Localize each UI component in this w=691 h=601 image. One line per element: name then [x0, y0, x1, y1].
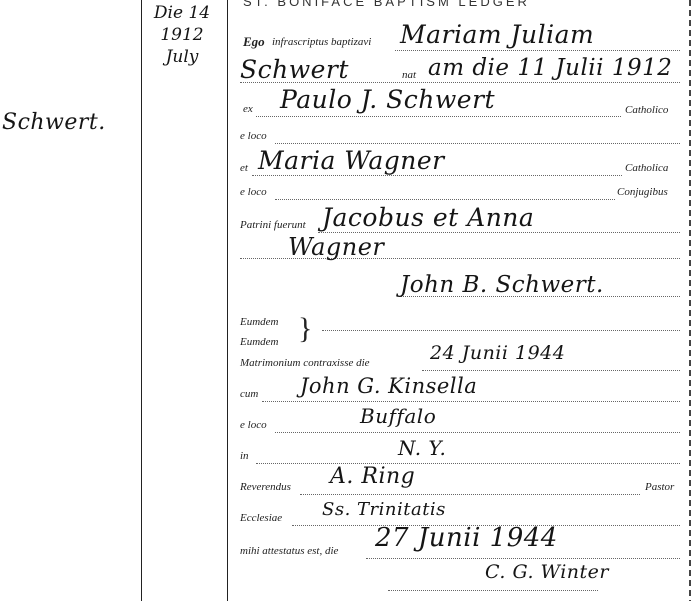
attest-date: 27 Junii 1944 — [375, 523, 558, 553]
dotted-line — [422, 370, 680, 371]
ecclesiae-label: Ecclesiae — [240, 512, 282, 524]
father-religion: Catholico — [625, 104, 668, 116]
dotted-line — [275, 432, 680, 433]
dotted-line — [322, 330, 680, 331]
dotted-line — [388, 590, 598, 591]
e-loco-label-1: e loco — [240, 130, 267, 142]
brace: } — [298, 312, 312, 346]
dotted-line — [262, 401, 680, 402]
marriage-date: 24 Junii 1944 — [430, 342, 565, 364]
margin-surname: Schwert. — [2, 110, 106, 135]
e-loco-label-3: e loco — [240, 419, 267, 431]
baptized-surname: Schwert — [240, 55, 349, 84]
e-loco-label-2: e loco — [240, 186, 267, 198]
mother-religion: Catholica — [625, 162, 668, 174]
eumdem-label-2: Eumdem — [240, 336, 279, 348]
natam-label: nat — [402, 69, 416, 81]
pastor-label: Pastor — [645, 481, 674, 493]
dotted-line — [256, 116, 621, 117]
column-divider-left — [141, 0, 142, 601]
matrimonium-label: Matrimonium contraxisse die — [240, 357, 370, 369]
column-divider-right — [227, 0, 228, 601]
ego-label: infrascriptus baptizavi — [272, 36, 371, 48]
conjugibus-label: Conjugibus — [617, 186, 668, 198]
date-day: Die 14 — [142, 2, 222, 24]
dotted-line — [252, 175, 622, 176]
patrini-label: Patrini fuerunt — [240, 219, 306, 231]
godparents-line2: Wagner — [288, 233, 384, 261]
reverendus-label: Reverendus — [240, 481, 291, 493]
godparents-line1: Jacobus et Anna — [322, 203, 534, 232]
officiant-name: A. Ring — [330, 464, 415, 489]
date-year: 1912 — [142, 24, 222, 46]
birth-date: am die 11 Julii 1912 — [428, 55, 672, 81]
ex-label: ex — [243, 103, 253, 115]
attestatus-label: mihi attestatus est, die — [240, 545, 338, 557]
eumdem-label-1: Eumdem — [240, 316, 279, 328]
spouse-name: John G. Kinsella — [300, 374, 477, 398]
minister-signature: John B. Schwert. — [400, 272, 604, 298]
dotted-line — [366, 558, 680, 559]
mother-name: Maria Wagner — [258, 146, 445, 175]
dotted-line — [275, 199, 615, 200]
attest-signature: C. G. Winter — [485, 561, 609, 583]
marriage-state: N. Y. — [398, 436, 446, 460]
marriage-place: Buffalo — [360, 404, 436, 428]
date-month: July — [142, 46, 222, 68]
dotted-line — [300, 494, 640, 495]
church-name: Ss. Trinitatis — [322, 499, 446, 520]
et-label: et — [240, 162, 248, 174]
ledger-header: ST. BONIFACE BAPTISM LEDGER — [243, 0, 530, 9]
cum-label: cum — [240, 388, 258, 400]
father-name: Paulo J. Schwert — [280, 85, 495, 114]
dotted-line — [275, 143, 680, 144]
dotted-line — [256, 463, 680, 464]
ego-label-bold: Ego — [243, 34, 265, 50]
baptized-name: Mariam Juliam — [400, 20, 594, 49]
in-label: in — [240, 450, 249, 462]
dotted-line — [395, 50, 680, 51]
date-column: Die 14 1912 July — [142, 2, 222, 68]
